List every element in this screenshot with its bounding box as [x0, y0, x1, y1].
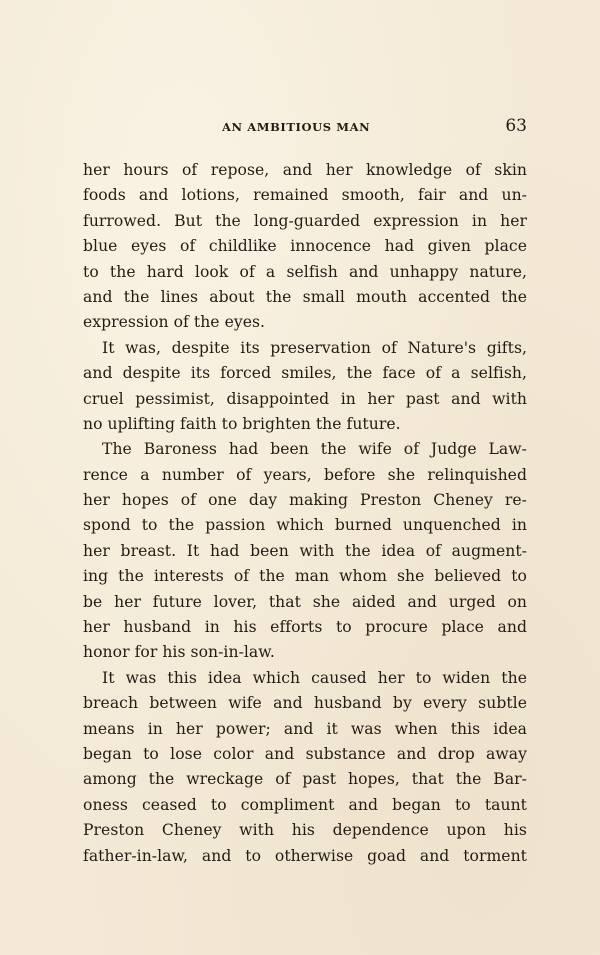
- text-line: The Baroness had been the wife of Judge …: [83, 437, 527, 462]
- paragraph: The Baroness had been the wife of Judge …: [83, 437, 527, 666]
- text-line: breach between wife and husband by every…: [83, 691, 527, 716]
- text-line: no uplifting faith to brighten the futur…: [83, 412, 527, 437]
- paragraph: her hours of repose, and her knowledge o…: [83, 158, 527, 336]
- text-line: oness ceased to compliment and began to …: [83, 793, 527, 818]
- text-line: It was this idea which caused her to wid…: [83, 666, 527, 691]
- page-number: 63: [505, 116, 527, 136]
- body-text: her hours of repose, and her knowledge o…: [83, 158, 527, 869]
- text-line: Preston Cheney with his dependence upon …: [83, 818, 527, 843]
- text-line: her husband in his efforts to procure pl…: [83, 615, 527, 640]
- text-line: honor for his son-in-law.: [83, 640, 527, 665]
- text-line: her breast. It had been with the idea of…: [83, 539, 527, 564]
- text-line: furrowed. But the long-guarded expressio…: [83, 209, 527, 234]
- text-line: It was, despite its preservation of Natu…: [83, 336, 527, 361]
- text-line: her hopes of one day making Preston Chen…: [83, 488, 527, 513]
- text-line: be her future lover, that she aided and …: [83, 590, 527, 615]
- running-head: AN AMBITIOUS MAN 63: [83, 118, 527, 140]
- text-line: blue eyes of childlike innocence had giv…: [83, 234, 527, 259]
- text-line: cruel pessimist, disappointed in her pas…: [83, 387, 527, 412]
- text-line: and despite its forced smiles, the face …: [83, 361, 527, 386]
- text-line: ing the interests of the man whom she be…: [83, 564, 527, 589]
- text-line: expression of the eyes.: [83, 310, 527, 335]
- text-line: and the lines about the small mouth acce…: [83, 285, 527, 310]
- text-line: rence a number of years, before she reli…: [83, 463, 527, 488]
- text-line: means in her power; and it was when this…: [83, 717, 527, 742]
- paragraph: It was, despite its preservation of Natu…: [83, 336, 527, 438]
- text-line: her hours of repose, and her knowledge o…: [83, 158, 527, 183]
- text-line: among the wreckage of past hopes, that t…: [83, 767, 527, 792]
- text-line: to the hard look of a selfish and unhapp…: [83, 260, 527, 285]
- text-line: began to lose color and substance and dr…: [83, 742, 527, 767]
- text-line: spond to the passion which burned unquen…: [83, 513, 527, 538]
- running-title: AN AMBITIOUS MAN: [222, 120, 370, 134]
- text-line: foods and lotions, remained smooth, fair…: [83, 183, 527, 208]
- book-page: AN AMBITIOUS MAN 63 her hours of repose,…: [0, 0, 600, 955]
- text-line: father-in-law, and to otherwise goad and…: [83, 844, 527, 869]
- paragraph: It was this idea which caused her to wid…: [83, 666, 527, 869]
